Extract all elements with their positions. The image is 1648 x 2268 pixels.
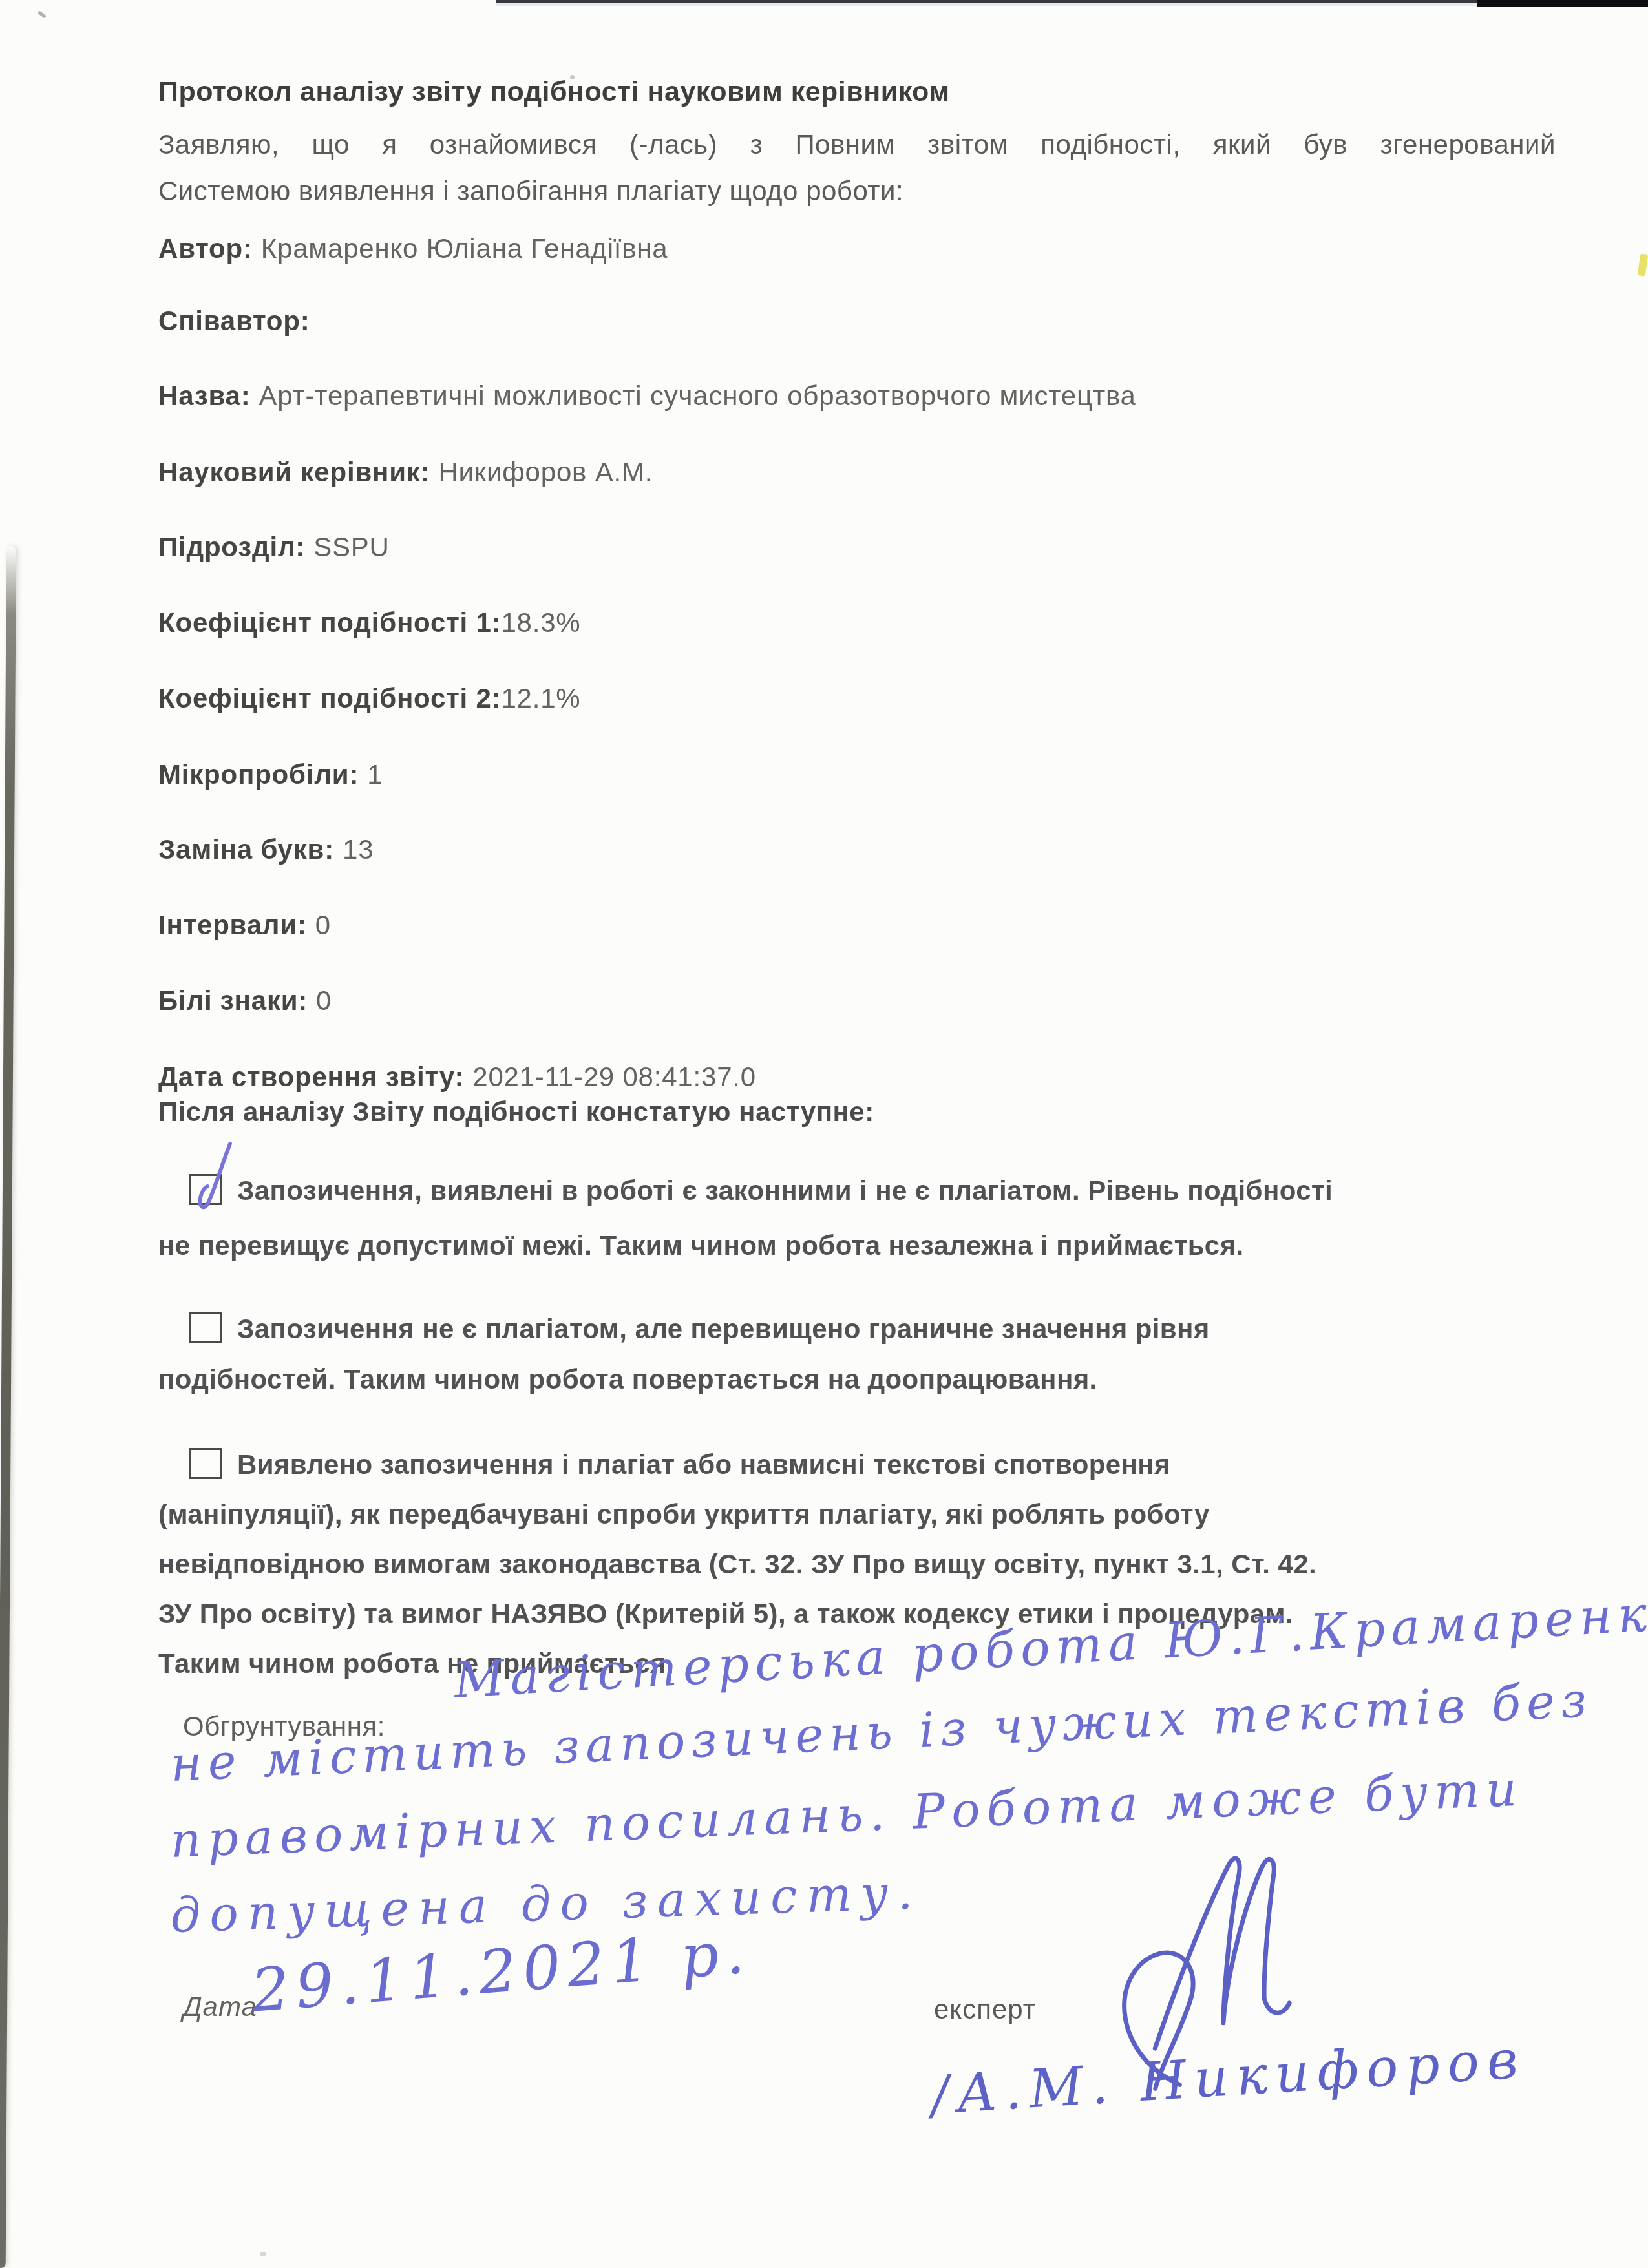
statement-text: подібностей. Таким чином робота повертає… [158,1354,1574,1405]
statement-text: Запозичення не є плагіатом, але перевище… [237,1314,1210,1344]
statement-text: (маніпуляції), як передбачувані спроби у… [158,1489,1574,1539]
scan-artifact-top-glow [496,3,1492,6]
field-similarity-coefficient-1: Коефіцієнт подібності 1:18.3% [158,607,1619,639]
field-report-date: Дата створення звіту:2021-11-29 08:41:37… [158,1061,1619,1093]
page-title: Протокол аналізу звіту подібності науков… [158,76,1580,108]
statement-3-checkbox[interactable] [189,1448,222,1479]
scan-speck [37,10,47,19]
statement-rework: Запозичення не є плагіатом, але перевище… [158,1304,1574,1405]
scan-speck [260,2252,266,2256]
field-intervals: Інтервали:0 [158,909,1619,941]
date-label: Дата [183,1991,257,2022]
field-letter-substitution: Заміна букв:13 [158,834,1619,866]
scan-artifact-yellow-mark [1638,253,1648,276]
expert-label: експерт [934,1994,1036,2025]
statement-text: невідповідною вимогам законодавства (Ст.… [158,1539,1574,1589]
checkmark-icon [187,1140,238,1216]
intro-line-1: Заявляю, що я ознайомився (-лась) з Повн… [158,121,1556,168]
field-department: Підрозділ:SSPU [158,531,1619,563]
field-author: Автор:Крамаренко Юліана Генадіївна [158,233,1619,265]
statement-1-checkbox[interactable] [189,1174,222,1205]
intro-line-2: Системою виявлення і запобігання плагіат… [158,168,1556,215]
intro-paragraph: Заявляю, що я ознайомився (-лась) з Повн… [158,121,1556,215]
field-coauthor: Співавтор: [158,305,1619,337]
statement-accepted: Запозичення, виявлені в роботі є законни… [158,1163,1574,1273]
field-similarity-coefficient-2: Коефіцієнт подібності 2:12.1% [158,682,1619,715]
statement-line: Запозичення не є плагіатом, але перевище… [158,1304,1574,1354]
field-white-signs: Білі знаки:0 [158,985,1619,1017]
field-title-of-work: Назва:Арт-терапевтичні можливості сучасн… [158,380,1619,412]
statement-line: Виявлено запозичення і плагіат або навми… [158,1440,1574,1489]
statement-2-checkbox[interactable] [189,1312,222,1343]
statement-text: Виявлено запозичення і плагіат або навми… [237,1449,1170,1480]
field-microspaces: Мікропробіли:1 [158,759,1619,791]
scanned-protocol-page: Протокол аналізу звіту подібності науков… [0,0,1648,2268]
scan-artifact-top-corner [1477,0,1648,7]
field-supervisor: Науковий керівник:Никифоров А.М. [158,456,1619,488]
statement-line: Запозичення, виявлені в роботі є законни… [158,1163,1574,1218]
handwritten-justification-line-4: допущена до захисту. [169,1864,922,1943]
statement-text: не перевищує допустимої межі. Таким чино… [158,1218,1574,1273]
statement-intro: Після аналізу Звіту подібності констатую… [158,1097,1580,1128]
statement-text: Запозичення, виявлені в роботі є законни… [237,1175,1333,1206]
scan-artifact-left-line [0,546,16,2268]
